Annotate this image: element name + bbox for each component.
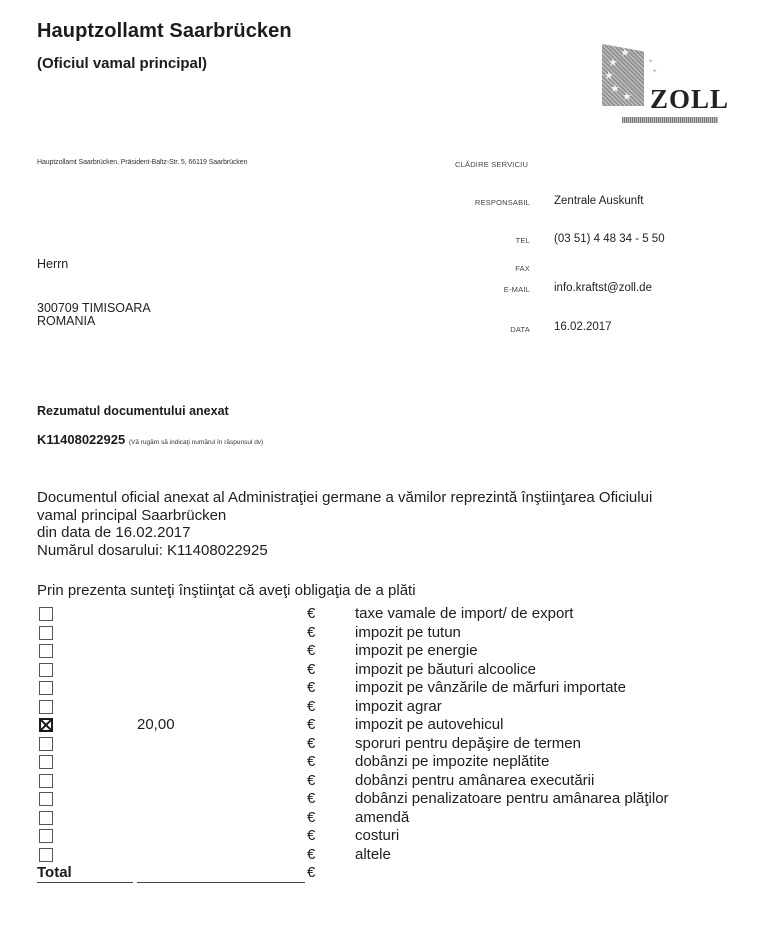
payment-item-row: €impozit pe energie <box>37 642 776 661</box>
item-label: amendă <box>355 809 409 826</box>
payment-intro: Prin prezenta sunteţi înştiinţat că aveţ… <box>37 582 416 599</box>
fax-label: FAX <box>515 264 530 273</box>
email-label: E-MAIL <box>504 285 530 294</box>
notice-line-1: Documentul oficial anexat al Administraţ… <box>37 489 767 507</box>
checkbox[interactable] <box>39 792 53 806</box>
payment-item-row: €impozit pe băuturi alcoolice <box>37 661 776 680</box>
item-label: impozit agrar <box>355 698 442 715</box>
checkbox[interactable] <box>39 663 53 677</box>
notice-line-2: vamal principal Saarbrücken <box>37 507 767 525</box>
checkbox[interactable] <box>39 681 53 695</box>
payment-item-row: €dobânzi penalizatoare pentru amânarea p… <box>37 790 776 809</box>
euro-symbol: € <box>307 716 315 733</box>
reference-note: (Vă rugăm să indicaţi numărul în răspuns… <box>129 439 263 446</box>
item-label: impozit pe băuturi alcoolice <box>355 661 536 678</box>
item-label: dobânzi pe impozite neplătite <box>355 753 549 770</box>
building-label: CLĂDIRE SERVICIU <box>455 160 528 169</box>
payment-item-row: €altele <box>37 846 776 865</box>
date-value: 16.02.2017 <box>554 321 612 333</box>
payment-item-row: €impozit pe tutun <box>37 624 776 643</box>
euro-symbol: € <box>307 679 315 696</box>
item-label: sporuri pentru depăşire de termen <box>355 735 581 752</box>
checkbox[interactable] <box>39 755 53 769</box>
recipient-country: ROMANIA <box>37 315 95 328</box>
euro-symbol: € <box>307 827 315 844</box>
payment-item-row: €amendă <box>37 809 776 828</box>
reference-number-line: K11408022925 (Vă rugăm să indicaţi număr… <box>37 432 263 447</box>
logo-underline <box>622 117 718 123</box>
tel-label: TEL <box>516 236 530 245</box>
responsible-value: Zentrale Auskunft <box>554 195 644 207</box>
item-label: dobânzi pentru amânarea executării <box>355 772 594 789</box>
checkbox-checked[interactable] <box>39 718 53 732</box>
notice-line-4: Numărul dosarului: K11408022925 <box>37 542 767 560</box>
total-row: Total€ <box>37 864 776 884</box>
checkbox[interactable] <box>39 607 53 621</box>
summary-title: Rezumatul documentului anexat <box>37 404 229 418</box>
total-label: Total <box>37 864 72 881</box>
reference-number: K11408022925 <box>37 432 125 447</box>
sender-address-line: Hauptzollamt Saarbrücken, Präsident-Balt… <box>37 159 247 166</box>
notice-line-3: din data de 16.02.2017 <box>37 524 767 542</box>
payment-item-row: €sporuri pentru depăşire de termen <box>37 735 776 754</box>
euro-symbol: € <box>307 661 315 678</box>
total-amount-line <box>137 882 305 883</box>
euro-symbol: € <box>307 735 315 752</box>
euro-symbol: € <box>307 864 315 881</box>
office-subtitle: (Oficiul vamal principal) <box>37 55 207 72</box>
logo-wordmark: ZOLL <box>650 84 729 115</box>
total-underline <box>37 882 133 883</box>
euro-symbol: € <box>307 846 315 863</box>
checkbox[interactable] <box>39 811 53 825</box>
item-label: altele <box>355 846 391 863</box>
office-title: Hauptzollamt Saarbrücken <box>37 20 292 43</box>
notice-paragraph: Documentul oficial anexat al Administraţ… <box>37 489 767 559</box>
payment-item-row: €dobânzi pentru amânarea executării <box>37 772 776 791</box>
zoll-logo: ★ ★ ★ ★ ★ ✦ ✦ ZOLL <box>600 44 718 126</box>
euro-symbol: € <box>307 790 315 807</box>
checkbox[interactable] <box>39 644 53 658</box>
email-value: info.kraftst@zoll.de <box>554 282 652 294</box>
responsible-label: RESPONSABIL <box>475 198 530 207</box>
payment-item-row: €costuri <box>37 827 776 846</box>
payment-item-row: €taxe vamale de import/ de export <box>37 605 776 624</box>
item-amount: 20,00 <box>137 716 175 733</box>
checkbox[interactable] <box>39 626 53 640</box>
item-label: impozit pe tutun <box>355 624 461 641</box>
tel-value: (03 51) 4 48 34 - 5 50 <box>554 233 665 245</box>
checkbox[interactable] <box>39 774 53 788</box>
euro-symbol: € <box>307 772 315 789</box>
euro-symbol: € <box>307 642 315 659</box>
item-label: dobânzi penalizatoare pentru amânarea pl… <box>355 790 669 807</box>
item-label: impozit pe energie <box>355 642 478 659</box>
item-label: taxe vamale de import/ de export <box>355 605 573 622</box>
payment-item-row: €dobânzi pe impozite neplătite <box>37 753 776 772</box>
checkbox[interactable] <box>39 700 53 714</box>
checkbox[interactable] <box>39 829 53 843</box>
euro-symbol: € <box>307 809 315 826</box>
payment-item-row: 20,00€impozit pe autovehicul <box>37 716 776 735</box>
item-label: impozit pe autovehicul <box>355 716 503 733</box>
payment-items-list: €taxe vamale de import/ de export€impozi… <box>37 605 776 884</box>
payment-item-row: €impozit agrar <box>37 698 776 717</box>
payment-item-row: €impozit pe vânzările de mărfuri importa… <box>37 679 776 698</box>
checkbox[interactable] <box>39 848 53 862</box>
item-label: costuri <box>355 827 399 844</box>
euro-symbol: € <box>307 698 315 715</box>
checkbox[interactable] <box>39 737 53 751</box>
euro-symbol: € <box>307 624 315 641</box>
item-label: impozit pe vânzările de mărfuri importat… <box>355 679 626 696</box>
recipient-salutation: Herrn <box>37 258 68 271</box>
euro-symbol: € <box>307 605 315 622</box>
date-label: DATA <box>510 325 530 334</box>
euro-symbol: € <box>307 753 315 770</box>
